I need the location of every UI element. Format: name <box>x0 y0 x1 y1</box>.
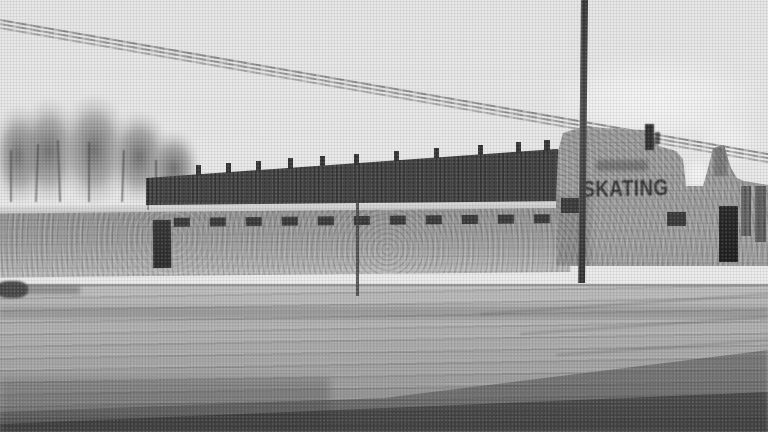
clerestory-window <box>390 216 406 225</box>
roof-vent <box>354 154 359 165</box>
roof-vent <box>516 142 521 153</box>
building-corner-shadow <box>147 178 149 210</box>
roof-vent <box>544 140 550 152</box>
clerestory-window <box>498 215 514 224</box>
facade-window <box>667 212 686 226</box>
roof-vent <box>320 156 325 166</box>
roof-vent <box>288 158 293 169</box>
roof-vent <box>256 161 261 171</box>
clerestory-window <box>462 215 478 224</box>
clerestory-window <box>318 216 334 225</box>
sign-post <box>356 199 359 296</box>
facade-window-strip <box>755 186 766 242</box>
street-shadow-band <box>0 306 768 319</box>
tree-trunk <box>10 150 12 202</box>
clerestory-window <box>534 214 550 223</box>
wire-bracket <box>655 132 660 144</box>
skating-sign: SKATING <box>582 174 669 203</box>
roof-vent <box>434 148 439 159</box>
faint-sign-text <box>596 160 648 171</box>
car-shadow <box>22 286 80 294</box>
parapet-shading <box>714 146 727 176</box>
facade-window-strip <box>741 186 751 236</box>
clerestory-window <box>246 217 262 226</box>
roof-vent <box>478 145 483 155</box>
tree-trunk <box>88 142 90 202</box>
side-wing-wall <box>0 208 570 277</box>
clerestory-window <box>174 218 190 227</box>
clerestory-window <box>282 217 298 226</box>
side-door <box>153 220 171 268</box>
roof-vent <box>394 151 399 161</box>
photograph: SKATING <box>0 0 768 432</box>
clerestory-window <box>426 215 442 224</box>
entrance-door <box>719 206 738 262</box>
clerestory-window <box>210 217 226 226</box>
wire-weatherhead <box>645 124 654 150</box>
roof-vent <box>196 165 201 175</box>
roof-vent <box>226 163 231 173</box>
